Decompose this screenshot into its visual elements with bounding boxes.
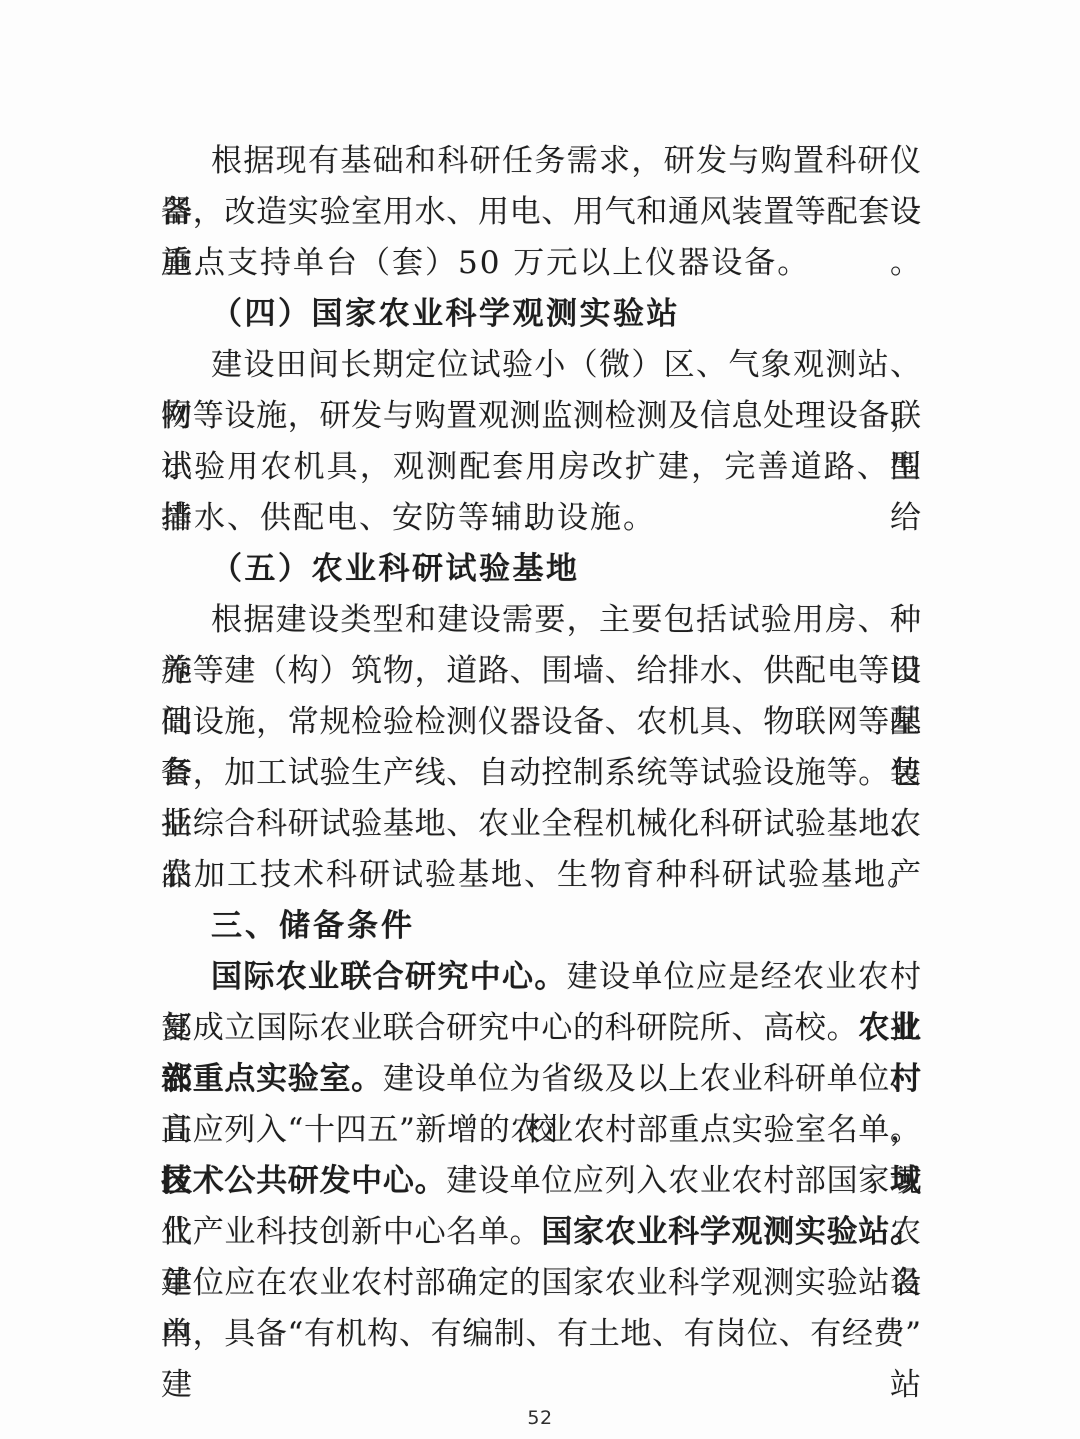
text-segment: 技术公共研发中心。 [161, 1163, 446, 1199]
document-body: 根据现有基础和科研任务需求，研发与购置科研仪器设备，改造实验室用水、用电、用气和… [161, 136, 921, 1360]
text-line: 业综合科研试验基地、农业全程机械化科研试验基地、农产 [161, 799, 921, 850]
text-line: 础设施，常规检验检测仪器设备、农机具、物联网等配套装 [161, 697, 921, 748]
text-segment: 内，具备“有机构、有编制、有土地、有岗位、有经费”建站 [161, 1316, 921, 1403]
text-segment: 业产业科技创新中心名单。 [161, 1214, 541, 1250]
text-line: 技术公共研发中心。建设单位应列入农业农村部国家现代农 [161, 1156, 921, 1207]
text-line: 国际农业联合研究中心。建设单位应是经农业农村部批 [161, 952, 921, 1003]
text-line: 部重点实验室。建设单位为省级及以上农业科研单位、高校， [161, 1054, 921, 1105]
text-segment: 重点支持单台（套）50 万元以上仪器设备。 [161, 245, 810, 281]
text-segment: 复成立国际农业联合研究中心的科研院所、高校。 [161, 1010, 858, 1046]
text-line: 根据现有基础和科研任务需求，研发与购置科研仪器设 [161, 136, 921, 187]
text-line: 施等建（构）筑物，道路、围墙、给排水、供配电等田间基 [161, 646, 921, 697]
text-line: 业产业科技创新中心名单。国家农业科学观测实验站。建设 [161, 1207, 921, 1258]
text-line: 品加工技术科研试验基地、生物育种科研试验基地。 [161, 850, 921, 901]
text-line: 且应列入“十四五”新增的农业农村部重点实验室名单。区域 [161, 1105, 921, 1156]
page-number: 52 [0, 1407, 1080, 1429]
document-page: 根据现有基础和科研任务需求，研发与购置科研仪器设备，改造实验室用水、用电、用气和… [0, 0, 1080, 1439]
text-line: 试验用农机具，观测配套用房改扩建，完善道路、围墙、给 [161, 442, 921, 493]
text-segment: 排水、供配电、安防等辅助设施。 [161, 500, 656, 536]
text-line: 复成立国际农业联合研究中心的科研院所、高校。农业农村 [161, 1003, 921, 1054]
text-line: 根据建设类型和建设需要，主要包括试验用房、种养设 [161, 595, 921, 646]
text-segment: 部重点实验室。 [161, 1061, 383, 1097]
text-segment: 国家农业科学观测实验站。 [541, 1214, 921, 1250]
section-heading: 三、储备条件 [161, 901, 921, 952]
text-line: 网等设施，研发与购置观测监测检测及信息处理设备，小型 [161, 391, 921, 442]
text-segment: （四）国家农业科学观测实验站 [211, 296, 680, 332]
section-heading: （五）农业科研试验基地 [161, 544, 921, 595]
text-line: 备，改造实验室用水、用电、用气和通风装置等配套设施。 [161, 187, 921, 238]
text-line: 内，具备“有机构、有编制、有土地、有岗位、有经费”建站 [161, 1309, 921, 1360]
text-line: 重点支持单台（套）50 万元以上仪器设备。 [161, 238, 921, 289]
text-segment: （五）农业科研试验基地 [211, 551, 580, 587]
text-line: 建设田间长期定位试验小（微）区、气象观测站、物联 [161, 340, 921, 391]
text-line: 备，加工试验生产线、自动控制系统等试验设施等。包括农 [161, 748, 921, 799]
text-segment: 国际农业联合研究中心。 [211, 959, 567, 995]
text-line: 单位应在农业农村部确定的国家农业科学观测实验站名单 [161, 1258, 921, 1309]
section-heading: （四）国家农业科学观测实验站 [161, 289, 921, 340]
text-segment: 且应列入“十四五”新增的农业农村部重点实验室名单。 [161, 1112, 921, 1148]
text-segment: 三、储备条件 [211, 908, 415, 944]
text-segment: 品加工技术科研试验基地、生物育种科研试验基地。 [161, 857, 920, 893]
